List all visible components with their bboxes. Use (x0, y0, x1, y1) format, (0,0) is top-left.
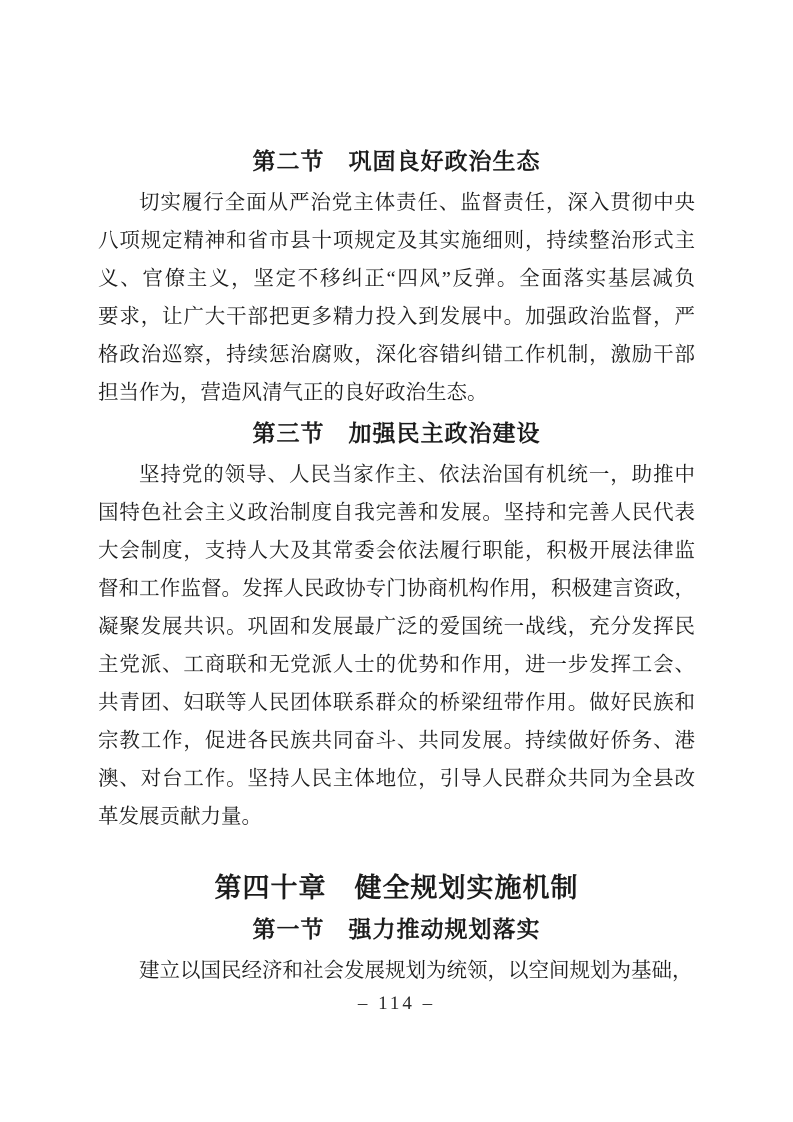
text-line: 义、官僚主义，坚定不移纠正“四风”反弹。全面落实基层减负 (98, 260, 695, 298)
text-line: 共青团、妇联等人民团体联系群众的桥梁纽带作用。做好民族和 (98, 684, 695, 722)
text-line: 革发展贡献力量。 (98, 798, 695, 836)
paragraph-section-3: 坚持党的领导、人民当家作主、依法治国有机统一，助推中 国特色社会主义政治制度自我… (98, 456, 695, 836)
chapter-heading-40: 第四十章 健全规划实施机制 (98, 868, 695, 908)
text-line: 坚持党的领导、人民当家作主、依法治国有机统一，助推中 (98, 456, 695, 494)
section-heading-2: 第二节 巩固良好政治生态 (98, 143, 695, 181)
text-line: 格政治巡察，持续惩治腐败，深化容错纠错工作机制，激励干部 (98, 336, 695, 374)
paragraph-section-1: 建立以国民经济和社会发展规划为统领，以空间规划为基础， (98, 952, 695, 990)
text-line: 切实履行全面从严治党主体责任、监督责任，深入贯彻中央 (98, 184, 695, 222)
text-line: 宗教工作，促进各民族共同奋斗、共同发展。持续做好侨务、港 (98, 722, 695, 760)
paragraph-section-2: 切实履行全面从严治党主体责任、监督责任，深入贯彻中央 八项规定精神和省市县十项规… (98, 184, 695, 412)
text-line: 澳、对台工作。坚持人民主体地位，引导人民群众共同为全县改 (98, 760, 695, 798)
text-line: 凝聚发展共识。巩固和发展最广泛的爱国统一战线，充分发挥民 (98, 608, 695, 646)
text-line: 担当作为，营造风清气正的良好政治生态。 (98, 374, 695, 412)
section-heading-3: 第三节 加强民主政治建设 (98, 415, 695, 453)
page-number: – 114 – (0, 993, 793, 1015)
page-content: 第二节 巩固良好政治生态 切实履行全面从严治党主体责任、监督责任，深入贯彻中央 … (98, 140, 695, 990)
text-line: 督和工作监督。发挥人民政协专门协商机构作用，积极建言资政， (98, 570, 695, 608)
text-line: 要求，让广大干部把更多精力投入到发展中。加强政治监督，严 (98, 298, 695, 336)
text-line: 主党派、工商联和无党派人士的优势和作用，进一步发挥工会、 (98, 646, 695, 684)
text-line: 八项规定精神和省市县十项规定及其实施细则，持续整治形式主 (98, 222, 695, 260)
section-heading-1: 第一节 强力推动规划落实 (98, 911, 695, 949)
text-line: 国特色社会主义政治制度自我完善和发展。坚持和完善人民代表 (98, 494, 695, 532)
text-line: 建立以国民经济和社会发展规划为统领，以空间规划为基础， (98, 952, 695, 990)
document-page: 第二节 巩固良好政治生态 切实履行全面从严治党主体责任、监督责任，深入贯彻中央 … (0, 0, 793, 1122)
text-line: 大会制度，支持人大及其常委会依法履行职能，积极开展法律监 (98, 532, 695, 570)
